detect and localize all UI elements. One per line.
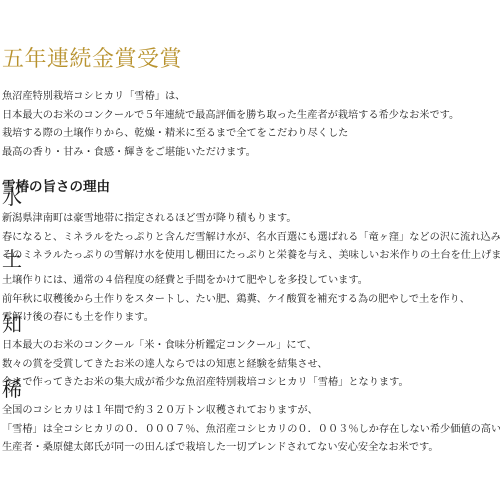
section-body: 全国のコシヒカリは１年間で約３２０万トン収穫されておりますが、 「雪椿」は全コシ… [2, 402, 500, 458]
product-description-page: 五年連続金賞受賞 魚沼産特別栽培コシヒカリ「雪椿」は、 日本最大のお米のコンクー… [0, 0, 500, 500]
section-line: 全国のコシヒカリは１年間で約３２０万トン収穫されておりますが、 [2, 402, 500, 421]
section-line: 数々の賞を受賞してきたお米の達人ならではの知恵と経験を結集させ、 [2, 356, 409, 375]
section-kanji: 土 [2, 248, 470, 270]
section-line: 「雪椿」は全コシヒカリの０．０００７％、魚沼産コシヒカリの０．００３％しか存在し… [2, 421, 500, 440]
intro-line: 魚沼産特別栽培コシヒカリ「雪椿」は、 [2, 88, 459, 107]
section-kanji: 水 [2, 186, 500, 208]
intro-line: 日本最大のお米のコンクールで５年連続で最高評価を勝ち取った生産者が栽培する希少な… [2, 107, 459, 126]
section-line: 新潟県津南町は豪雪地帯に指定されるほど雪が降り積もります。 [2, 210, 500, 229]
section-line: 春になると、ミネラルをたっぷりと含んだ雪解け水が、名水百選にも選ばれる「竜ヶ窪」… [2, 229, 500, 248]
section-line: 日本最大のお米のコンクール「米・食味分析鑑定コンクール」にて、 [2, 337, 409, 356]
section-rarity: 稀 全国のコシヒカリは１年間で約３２０万トン収穫されておりますが、 「雪椿」は全… [2, 378, 500, 458]
section-kanji: 知 [2, 313, 409, 335]
section-line: 生産者・桑原健太郎氏が同一の田んぼで栽培した一切ブレンドされてない安心安全なお米… [2, 439, 500, 458]
intro-line: 最高の香り・甘み・食感・輝きをご堪能いただけます。 [2, 144, 459, 163]
intro-paragraph: 魚沼産特別栽培コシヒカリ「雪椿」は、 日本最大のお米のコンクールで５年連続で最高… [2, 88, 459, 162]
section-line: 土壌作りには、通常の４倍程度の経費と手間をかけて肥やしを多投しています。 [2, 272, 470, 291]
section-line: 前年秋に収穫後から土作りをスタートし、たい肥、鶏糞、ケイ酸質を補充する為の肥やし… [2, 291, 470, 310]
intro-line: 栽培する際の土壌作りから、乾燥・精米に至るまで全てをこだわり尽くした [2, 125, 459, 144]
award-title: 五年連続金賞受賞 [2, 45, 182, 75]
section-kanji: 稀 [2, 378, 500, 400]
